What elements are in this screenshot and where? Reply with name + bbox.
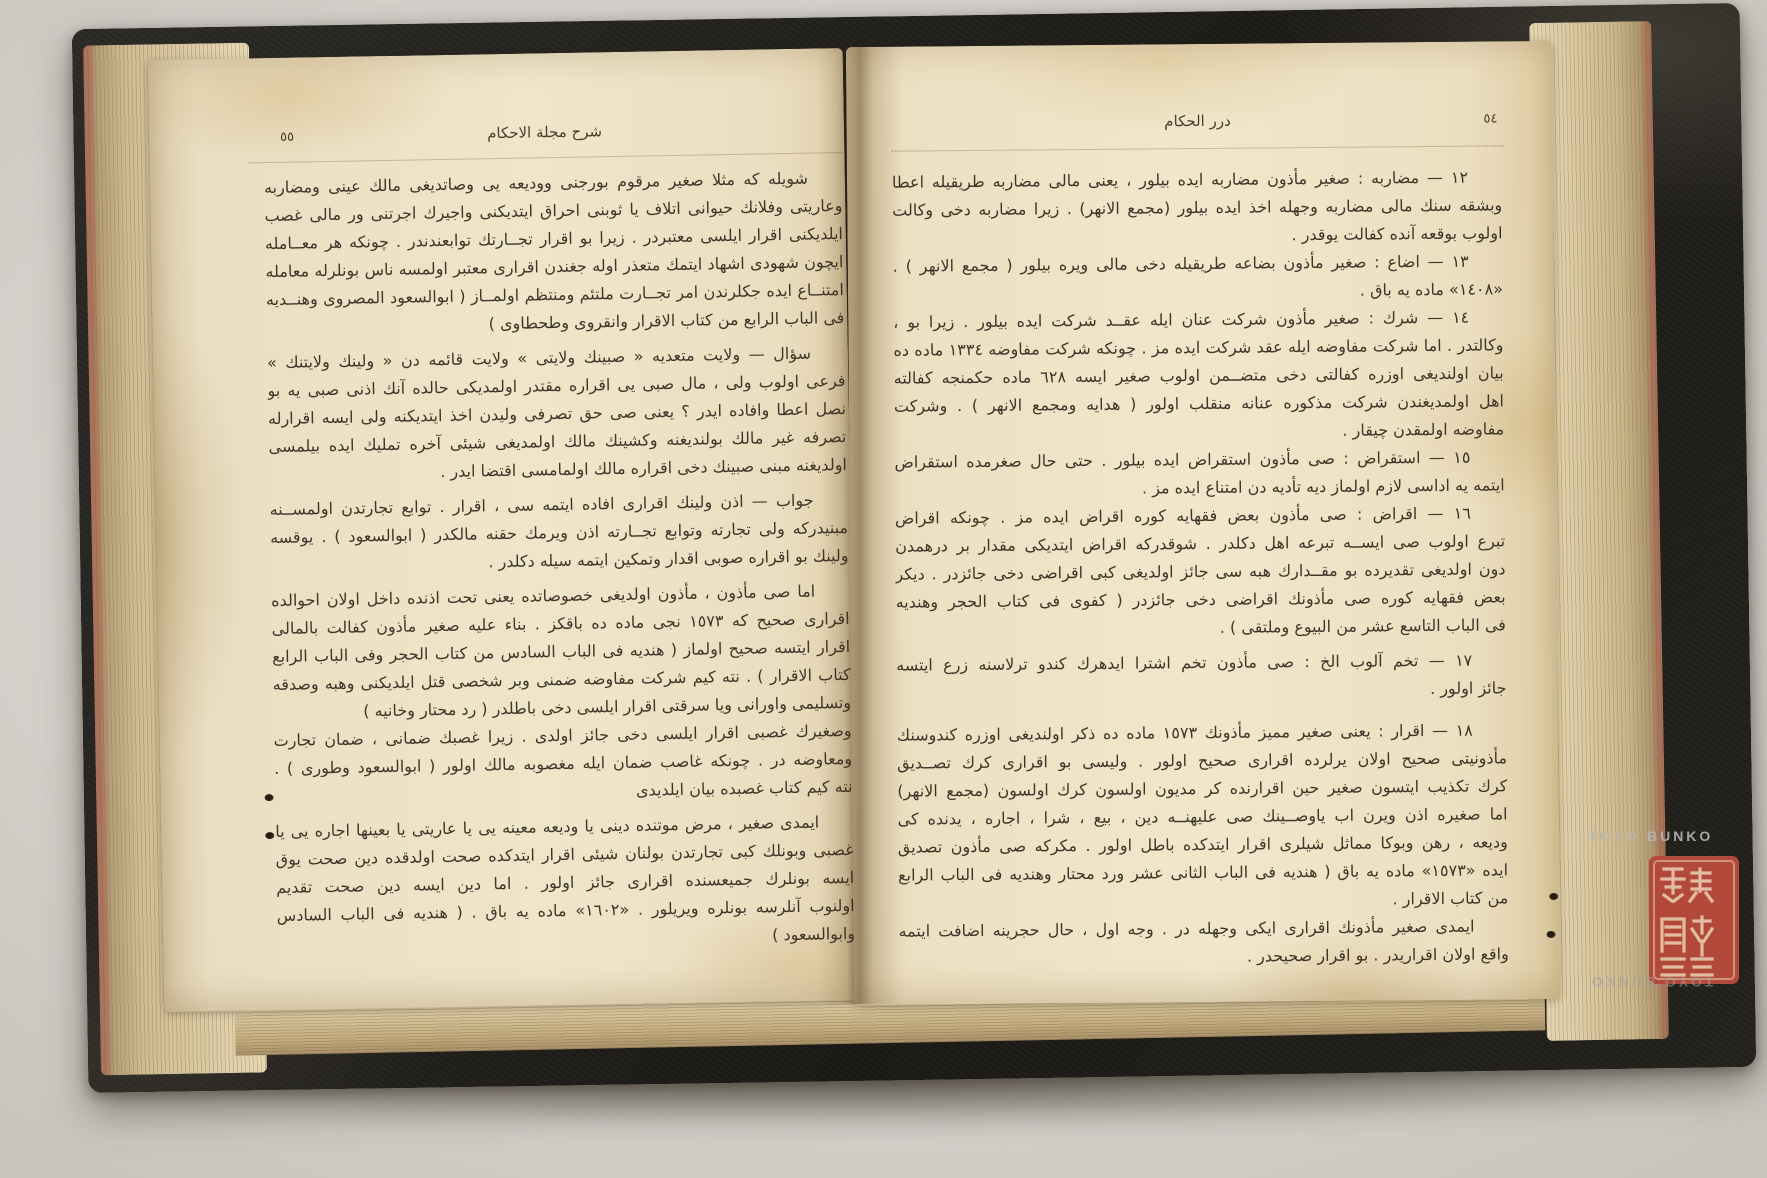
right-page-number: ٥٤ <box>1483 111 1497 126</box>
left-page: ٥٥ شرح مجلة الاحكام شويله كه مثلا صغير م… <box>148 48 860 1012</box>
text-line: واقع اولان اقراريدر . بو اقرار صحيحدر . <box>899 940 1509 973</box>
photo-backdrop: ٥٥ شرح مجلة الاحكام شويله كه مثلا صغير م… <box>0 0 1767 1178</box>
toyo-bunko-watermark: TOYO BUNKO TOYO BUNKO <box>1575 828 1747 1000</box>
watermark-text: TOYO BUNKO <box>1575 828 1727 844</box>
right-header-rule <box>892 145 1504 151</box>
text-line: جائز اولور . <box>896 674 1506 707</box>
punch-hole <box>1549 893 1558 900</box>
text-line: ١٧ — تخم آلوب الخ : صى مأذون تخم اشترا ا… <box>896 646 1506 679</box>
punch-hole <box>265 794 274 801</box>
watermark-text-mirrored: TOYO BUNKO <box>1575 974 1727 990</box>
right-page-text: ١٢ — مضاربه : صغير مأذون مضاربه ايده بيل… <box>892 163 1509 973</box>
left-page-number: ٥٥ <box>280 130 294 145</box>
punch-hole <box>1547 931 1556 938</box>
right-page-header: درر الحكام <box>1164 112 1231 131</box>
punch-hole <box>265 832 274 839</box>
left-page-header-row: ٥٥ شرح مجلة الاحكام <box>248 118 841 158</box>
right-page-header-row: ٥٤ درر الحكام <box>891 109 1503 144</box>
text-line: فى الباب التاسع عشر من البيوع وملتقى ) . <box>896 611 1506 644</box>
right-page: ٥٤ درر الحكام ١٢ — مضاربه : صغير مأذون م… <box>846 41 1560 1005</box>
left-page-text: شويله كه مثلا صغير مرقوم بورجنى ووديعه ي… <box>264 164 856 958</box>
left-page-header: شرح مجلة الاحكام <box>487 122 602 142</box>
toyo-bunko-seal <box>1648 855 1740 985</box>
